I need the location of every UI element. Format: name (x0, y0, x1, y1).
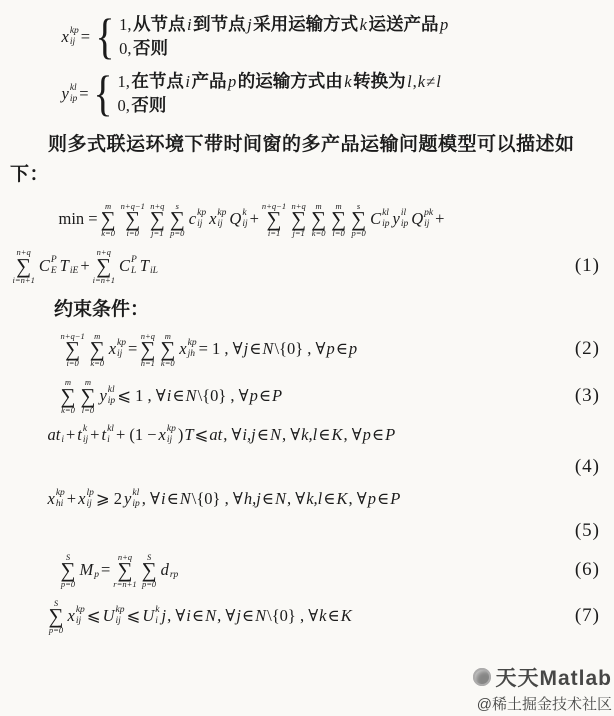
math-superscript: kp (70, 26, 79, 37)
math-subscript: ij (86, 499, 93, 510)
math-operator: + (1 − (116, 425, 157, 445)
math-operator: + (66, 425, 75, 445)
math-variable: p (228, 72, 236, 92)
math-variable: N (270, 425, 281, 445)
math-base: M (79, 560, 93, 580)
math-subscript: ip (382, 219, 389, 230)
math-subsup: Ukpij (103, 605, 125, 627)
math-subscript: ij (217, 219, 226, 230)
math-variable: k,l (306, 489, 322, 509)
math-subsup: tkli (101, 424, 113, 446)
math-variable: i (187, 15, 192, 35)
math-variable: k (360, 15, 367, 35)
objective-min-line-content: min = m∑k=0n+q−1∑i=0n+q∑j=1s∑p=0ckpijxkp… (58, 201, 445, 238)
math-subscript: i (61, 435, 64, 446)
math-script-stack: i (61, 424, 64, 446)
math-script-stack: kli (107, 424, 114, 446)
math-operator: , ∀ (217, 606, 235, 626)
math-superscript (70, 255, 78, 266)
math-subscript: iL (150, 266, 158, 277)
math-script-stack: lpij (86, 488, 93, 510)
math-subscript: L (131, 266, 137, 277)
math-operator: = (128, 339, 137, 359)
math-script-stack: pkij (424, 208, 433, 230)
math-operator: , ∀ (343, 425, 361, 445)
y-variable-definition: yklip = {1,在节点 i 产品 p 的运输方式由 k 转换为 l,k≠l… (10, 71, 606, 116)
math-operator: , ∀ (349, 489, 367, 509)
math-subscript: ij (242, 219, 247, 230)
watermark-community-text: @稀土掘金技术社区 (473, 693, 612, 714)
math-variable: j (161, 606, 166, 626)
math-subsup: xkpij (62, 26, 79, 48)
math-script-stack: klip (108, 385, 115, 407)
math-variable: i (185, 72, 190, 92)
math-operator: \{0} , ∀ (267, 606, 318, 626)
constraint-4-content: at i + tkij + tkli + (1 − xkpij) T ⩽ at … (46, 424, 396, 446)
math-base: c (189, 209, 196, 229)
math-operator: 0, (119, 39, 131, 59)
math-subsup: CPL (119, 255, 137, 277)
math-script-stack: ki (155, 605, 159, 627)
math-subscript: E (51, 266, 57, 277)
summation-lower-limit: k=0 (61, 406, 75, 415)
math-operator: , (413, 72, 417, 92)
math-operator: ∈ (257, 425, 269, 445)
math-operator: ⩽ (195, 425, 209, 445)
math-superscript: P (131, 255, 137, 266)
math-base: x (209, 209, 216, 229)
math-subscript: ij (70, 37, 79, 48)
math-subscript: ij (116, 616, 125, 627)
cases-group: {1,在节点 i 产品 p 的运输方式由 k 转换为 l,k≠l0,否则 (91, 71, 441, 116)
math-variable: p (368, 489, 376, 509)
math-operator: ∈ (167, 489, 179, 509)
constraint-2-content: n+q−1∑i=0m∑k=0xkpij = n+q∑h=1m∑k=0xkpjh … (58, 331, 358, 368)
summation-lower-limit: i=0 (127, 229, 139, 238)
cases-row: 1,从节点 i 到节点 j 采用运输方式 k 运送产品 p (119, 14, 449, 35)
math-subscript: ij (197, 219, 206, 230)
math-subscript: iE (70, 266, 78, 277)
math-operator: \{0} , ∀ (198, 386, 249, 406)
math-subsup: xkpjh (179, 338, 196, 360)
summation-symbol: S∑p=0 (61, 553, 76, 590)
math-superscript: kp (197, 208, 206, 219)
sigma-glyph: ∑ (311, 211, 326, 229)
sigma-glyph: ∑ (125, 211, 140, 229)
constraint-6: S∑p=0M p = n+q∑r=n+1S∑p=0d rp(6) (10, 552, 606, 589)
math-subsup: d rp (161, 559, 179, 581)
math-subscript: ip (70, 94, 77, 105)
math-script-stack: iL (150, 255, 158, 277)
math-script-stack: PE (51, 255, 57, 277)
equation-number: (3) (575, 385, 606, 407)
math-operator: ∈ (262, 489, 274, 509)
math-chinese-text: 转换为 (353, 71, 406, 92)
math-chinese-text: 否则 (133, 38, 168, 59)
math-chinese-text: 产品 (192, 71, 227, 92)
summation-symbol: n+q∑i=n+1 (13, 248, 35, 285)
math-subsup: xkpij (209, 208, 226, 230)
math-operator: ∈ (377, 489, 389, 509)
watermark: 天天Matlab @稀土掘金技术社区 (473, 662, 612, 714)
math-operator: ⩾ 2 (96, 489, 122, 509)
math-variable: N (180, 489, 191, 509)
left-brace: { (95, 14, 114, 59)
math-subsup: tkij (77, 424, 88, 446)
math-base: x (48, 489, 55, 509)
summation-lower-limit: p=0 (142, 580, 156, 589)
cases-row: 0,否则 (117, 95, 441, 116)
math-subsup: xkpij (109, 338, 126, 360)
math-subsup: xkpij (67, 605, 84, 627)
math-script-stack: kphi (56, 488, 65, 510)
summation-symbol: n+q∑r=n+1 (113, 553, 136, 590)
math-operator: 1, (118, 72, 130, 92)
math-variable: j (244, 339, 249, 359)
math-superscript: kp (217, 208, 226, 219)
sigma-glyph: ∑ (117, 562, 132, 580)
math-base: y (62, 84, 69, 104)
x-variable-definition: xkpij = {1,从节点 i 到节点 j 采用运输方式 k 运送产品 p0,… (10, 14, 606, 59)
equation-number: (2) (575, 338, 606, 360)
math-variable: N (262, 339, 273, 359)
math-subsup: Uki (142, 605, 159, 627)
math-variable: k,l (301, 425, 317, 445)
math-base: at (48, 425, 61, 445)
math-variable: at (209, 425, 222, 445)
math-operator: ⩽ 1 , ∀ (117, 386, 166, 406)
math-base: d (161, 560, 169, 580)
math-superscript: kp (117, 338, 126, 349)
summation-lower-limit: k=0 (161, 359, 175, 368)
math-chinese-text: 运送产品 (369, 14, 439, 35)
math-subscript: ip (401, 219, 408, 230)
math-variable: j (247, 15, 252, 35)
cases-group: {1,从节点 i 到节点 j 采用运输方式 k 运送产品 p0,否则 (93, 14, 449, 59)
cases-row: 1,在节点 i 产品 p 的运输方式由 k 转换为 l,k≠l (117, 71, 441, 92)
summation-lower-limit: p=0 (351, 229, 365, 238)
math-operator: 1, (119, 15, 131, 35)
math-subsup: T iE (60, 255, 79, 277)
math-variable: i,j (242, 425, 255, 445)
math-variable: l (436, 72, 441, 92)
math-operator: + (435, 209, 444, 229)
math-subscript: ij (83, 435, 88, 446)
math-subsup: xkphi (48, 488, 65, 510)
summation-symbol: m∑k=0 (311, 202, 326, 239)
summation-symbol: s∑p=0 (351, 202, 366, 239)
math-variable: N (205, 606, 216, 626)
math-variable: k (344, 72, 351, 92)
math-operator: ∈ (318, 425, 330, 445)
math-base: x (78, 489, 85, 509)
math-operator: , ∀ (142, 489, 160, 509)
sigma-glyph: ∑ (160, 341, 175, 359)
math-script-stack: iE (70, 255, 78, 277)
math-subscript: ip (108, 396, 115, 407)
math-base: x (179, 339, 186, 359)
math-operator: , ∀ (167, 606, 185, 626)
math-script-stack: kpij (117, 338, 126, 360)
math-superscript (94, 559, 99, 570)
math-operator: ∈ (372, 425, 384, 445)
summation-lower-limit: r=n+1 (113, 580, 136, 589)
math-subsup: xlpij (78, 488, 94, 510)
math-base: y (392, 209, 399, 229)
math-superscript: kl (132, 488, 139, 499)
math-chinese-text: 的运输方式由 (238, 71, 343, 92)
summation-symbol: S∑p=0 (142, 553, 157, 590)
summation-symbol: s∑p=0 (170, 202, 185, 239)
math-subsup: ckpij (189, 208, 206, 230)
math-script-stack: kpij (217, 208, 226, 230)
summation-symbol: n+q∑j=1 (150, 202, 165, 239)
math-base: T (140, 256, 149, 276)
math-base: C (119, 256, 130, 276)
math-superscript: P (51, 255, 57, 266)
math-superscript: k (83, 424, 88, 435)
math-variable: K (331, 425, 342, 445)
math-base: x (67, 606, 74, 626)
math-variable: p (440, 15, 448, 35)
constraint-6-content: S∑p=0M p = n+q∑r=n+1S∑p=0d rp (58, 552, 180, 589)
summation-symbol: m∑l=0 (80, 378, 95, 415)
math-base: Q (229, 209, 241, 229)
math-script-stack: kpij (76, 605, 85, 627)
math-chinese-text: 否则 (131, 95, 166, 116)
constraint-5: xkphi + xlpij ⩾ 2yklip , ∀i ∈ N\{0} , ∀h… (10, 488, 606, 510)
math-operator: = (79, 84, 88, 104)
math-variable: j (236, 606, 241, 626)
objective-second-line: n+q∑i=n+1CPET iE + n+q∑i=n+1CPLT iL(1) (10, 247, 606, 284)
math-variable: P (385, 425, 395, 445)
math-variable: p (250, 386, 258, 406)
math-operator: \{0} , ∀ (192, 489, 243, 509)
math-subsup: at i (48, 424, 64, 446)
equation-number: (1) (575, 255, 606, 277)
math-operator: ∈ (172, 386, 184, 406)
math-subscript: ij (117, 349, 126, 360)
summation-lower-limit: l=0 (332, 229, 344, 238)
sigma-glyph: ∑ (291, 211, 306, 229)
math-variable: N (255, 606, 266, 626)
equation-number: (7) (575, 605, 606, 627)
math-subscript: jh (188, 349, 197, 360)
math-operator: ∈ (242, 606, 254, 626)
math-chinese-text: 到节点 (193, 14, 246, 35)
summation-lower-limit: h=1 (141, 359, 155, 368)
math-base: C (370, 209, 381, 229)
math-script-stack: kpij (70, 26, 79, 48)
math-variable: N (186, 386, 197, 406)
math-subscript: ij (167, 435, 176, 446)
summation-lower-limit: i=n+1 (13, 276, 35, 285)
summation-symbol: S∑p=0 (49, 599, 64, 636)
math-variable: N (275, 489, 286, 509)
math-operator: ∈ (336, 339, 348, 359)
math-variable: P (390, 489, 400, 509)
math-subsup: yklip (124, 488, 140, 510)
constraint-3: m∑k=0m∑l=0yklip ⩽ 1 , ∀i ∈ N\{0} , ∀p ∈ … (10, 377, 606, 414)
constraint-7-content: S∑p=0xkpij ⩽ Ukpij ⩽ Ukij , ∀i ∈ N , ∀j … (46, 598, 352, 635)
constraint-2: n+q−1∑i=0m∑k=0xkpij = n+q∑h=1m∑k=0xkpjh … (10, 331, 606, 368)
watermark-brand-text: 天天Matlab (495, 662, 612, 692)
math-variable: K (337, 489, 348, 509)
math-subscript: ip (132, 499, 139, 510)
math-superscript: lp (86, 488, 93, 499)
math-operator: \{0} , ∀ (274, 339, 325, 359)
constraint-5-number: (5) (10, 520, 606, 542)
math-script-stack: p (94, 559, 99, 581)
y-variable-definition-content: yklip = {1,在节点 i 产品 p 的运输方式由 k 转换为 l,k≠l… (60, 71, 441, 116)
math-variable: K (341, 606, 352, 626)
math-base: x (62, 27, 69, 47)
objective-second-line-content: n+q∑i=n+1CPET iE + n+q∑i=n+1CPLT iL (10, 247, 159, 284)
math-base: U (103, 606, 115, 626)
summation-symbol: m∑k=0 (61, 378, 76, 415)
summation-symbol: n+q−1∑i=0 (61, 332, 85, 369)
math-subsup: Qpkij (411, 208, 433, 230)
math-script-stack: kpij (197, 208, 206, 230)
math-subsup: Qkij (229, 208, 247, 230)
left-brace: { (93, 71, 112, 116)
math-chinese-text: 从节点 (133, 14, 186, 35)
math-script-stack: kpij (167, 424, 176, 446)
math-base: C (39, 256, 50, 276)
math-superscript: kl (108, 385, 115, 396)
sigma-glyph: ∑ (267, 211, 282, 229)
math-chinese-text: 采用运输方式 (253, 14, 358, 35)
sigma-glyph: ∑ (61, 562, 76, 580)
math-operator: = 1 , ∀ (199, 339, 243, 359)
summation-symbol: n+q−1∑i=0 (121, 202, 145, 239)
sigma-glyph: ∑ (80, 388, 95, 406)
math-variable: P (272, 386, 282, 406)
summation-symbol: m∑k=0 (90, 332, 105, 369)
summation-lower-limit: j=1 (292, 229, 304, 238)
math-variable: i (161, 489, 166, 509)
math-variable: p (363, 425, 371, 445)
constraint-4-number: (4) (10, 456, 606, 478)
sigma-glyph: ∑ (101, 211, 116, 229)
x-variable-definition-content: xkpij = {1,从节点 i 到节点 j 采用运输方式 k 运送产品 p0,… (60, 14, 449, 59)
summation-symbol: n+q−1∑i=1 (262, 202, 286, 239)
math-base: x (109, 339, 116, 359)
summation-symbol: n+q∑j=1 (291, 202, 306, 239)
math-operator: + (90, 425, 99, 445)
math-superscript (150, 255, 158, 266)
math-operator: = (101, 560, 110, 580)
math-variable: i (186, 606, 191, 626)
constraint-7: S∑p=0xkpij ⩽ Ukpij ⩽ Ukij , ∀i ∈ N , ∀j … (10, 598, 606, 635)
paper-page: xkpij = {1,从节点 i 到节点 j 采用运输方式 k 运送产品 p0,… (0, 0, 614, 716)
intro-paragraph: 则多式联运环境下带时间窗的多产品运输问题模型可以描述如下： (10, 130, 606, 191)
math-base: U (142, 606, 154, 626)
math-operator: ∈ (192, 606, 204, 626)
math-subsup: T iL (140, 255, 158, 277)
math-operator: + (80, 256, 89, 276)
math-operator: ∈ (249, 339, 261, 359)
summation-symbol: n+q∑h=1 (140, 332, 155, 369)
math-script-stack: kpjh (188, 338, 197, 360)
math-script-stack: klip (382, 208, 389, 230)
math-operator: , ∀ (287, 489, 305, 509)
math-subscript: rp (170, 570, 178, 581)
watermark-brand-row: 天天Matlab (473, 662, 612, 692)
math-subsup: yklip (99, 385, 115, 407)
constraints-list: n+q−1∑i=0m∑k=0xkpij = n+q∑h=1m∑k=0xkpjh … (10, 331, 606, 635)
math-script-stack: klip (70, 83, 77, 105)
summation-lower-limit: k=0 (90, 359, 104, 368)
math-subscript: ij (424, 219, 433, 230)
math-operator: + (250, 209, 259, 229)
math-superscript: kp (188, 338, 197, 349)
summation-lower-limit: k=0 (312, 229, 326, 238)
math-operator: 0, (118, 96, 130, 116)
math-subsup: yklip (62, 83, 78, 105)
constraint-5-content: xkphi + xlpij ⩾ 2yklip , ∀i ∈ N\{0} , ∀h… (46, 488, 401, 510)
math-subscript: p (94, 570, 99, 581)
math-operator: ∈ (323, 489, 335, 509)
math-variable: h,j (244, 489, 261, 509)
sigma-glyph: ∑ (49, 608, 64, 626)
sigma-glyph: ∑ (16, 258, 31, 276)
math-superscript: kl (382, 208, 389, 219)
math-variable: p (349, 339, 357, 359)
summation-lower-limit: p=0 (170, 229, 184, 238)
math-operator: , ∀ (282, 425, 300, 445)
constraint-3-content: m∑k=0m∑l=0yklip ⩽ 1 , ∀i ∈ N\{0} , ∀p ∈ … (58, 377, 283, 414)
math-superscript: pk (424, 208, 433, 219)
equation-number: (4) (575, 456, 606, 478)
cases-rows: 1,从节点 i 到节点 j 采用运输方式 k 运送产品 p0,否则 (119, 14, 449, 59)
math-operator: min = (59, 209, 98, 229)
math-superscript: kp (167, 424, 176, 435)
math-subsup: xkpij (159, 424, 176, 446)
summation-lower-limit: i=n+1 (93, 276, 115, 285)
summation-symbol: n+q∑i=n+1 (93, 248, 115, 285)
math-script-stack: kpij (116, 605, 125, 627)
math-operator: ⩽ (87, 606, 101, 626)
math-base: T (60, 256, 69, 276)
math-subscript: i (155, 616, 159, 627)
math-subsup: M p (79, 559, 99, 581)
math-chinese-text: 在节点 (131, 71, 184, 92)
math-variable: T (184, 425, 193, 445)
constraint-4: at i + tkij + tkli + (1 − xkpij) T ⩽ at … (10, 424, 606, 446)
sigma-glyph: ∑ (331, 211, 346, 229)
math-variable: p (326, 339, 334, 359)
sigma-glyph: ∑ (96, 258, 111, 276)
math-subsup: Cklip (370, 208, 389, 230)
math-operator: + (67, 489, 76, 509)
math-superscript: il (401, 208, 408, 219)
math-variable: k (418, 72, 425, 92)
math-variable: l (407, 72, 412, 92)
math-subscript: hi (56, 499, 65, 510)
math-base: y (124, 489, 131, 509)
math-subsup: CPE (39, 255, 57, 277)
sigma-glyph: ∑ (351, 211, 366, 229)
math-superscript: kl (70, 83, 77, 94)
summation-lower-limit: p=0 (61, 580, 75, 589)
math-operator: ∈ (328, 606, 340, 626)
math-variable: k (319, 606, 326, 626)
summation-lower-limit: i=0 (66, 359, 78, 368)
summation-symbol: m∑k=0 (160, 332, 175, 369)
summation-lower-limit: j=1 (151, 229, 163, 238)
math-script-stack: klip (132, 488, 139, 510)
